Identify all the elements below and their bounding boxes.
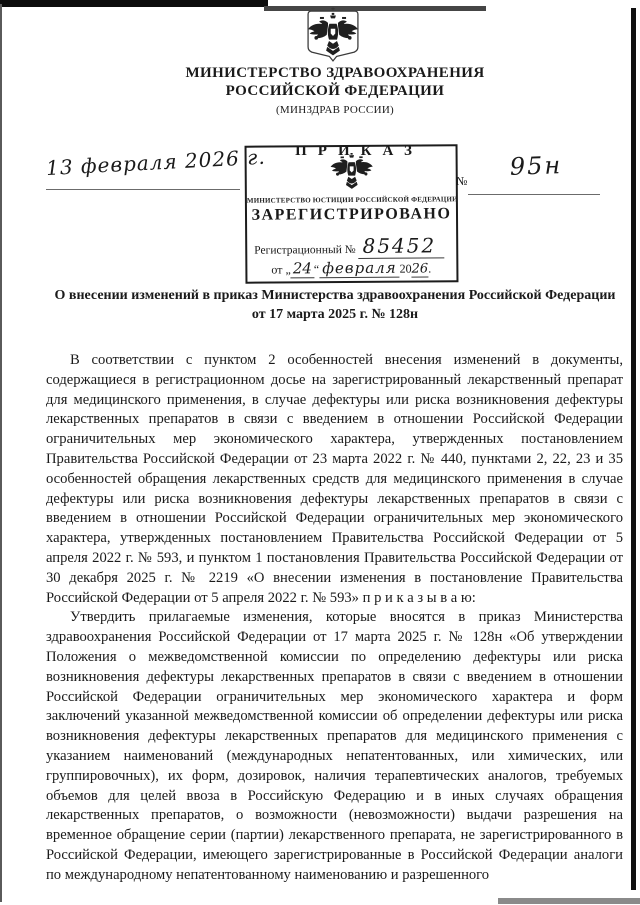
ministry-short-name: (МИНЗДРАВ РОССИИ) [47, 104, 623, 116]
scan-edge-right [631, 8, 636, 890]
number-underline [468, 194, 600, 195]
stamp-registration-date-row: от „24“февраля2026. [271, 258, 451, 277]
stamp-status: ЗАРЕГИСТРИРОВАНО [247, 205, 456, 224]
scan-edge-top [0, 0, 268, 7]
document-header: МИНИСТЕРСТВО ЗДРАВООХРАНЕНИЯ РОССИЙСКОЙ … [47, 64, 623, 116]
scan-edge-bottom [498, 898, 640, 904]
body-paragraph-1: В соответствии с пунктом 2 особенностей … [46, 351, 623, 608]
ministry-name-line2: РОССИЙСКОЙ ФЕДЕРАЦИИ [47, 82, 623, 100]
handwritten-stamp-day: 24 [291, 259, 314, 278]
scan-edge-left [0, 4, 2, 902]
stamp-reg-label: Регистрационный № [254, 244, 356, 257]
document-body: В соответствии с пунктом 2 особенностей … [46, 351, 623, 886]
document-type-heading: ПРИКАЗ [60, 143, 640, 160]
stamp-date-suffix: . [428, 261, 431, 275]
body-paragraph-2: Утвердить прилагаемые изменения, которые… [46, 608, 623, 885]
registration-stamp: МИНИСТЕРСТВО ЮСТИЦИИ РОССИЙСКОЙ ФЕДЕРАЦИ… [245, 144, 459, 283]
stamp-date-prefix: от „ [271, 262, 291, 276]
handwritten-registration-number: 85452 [358, 233, 444, 259]
document-title: О внесении изменений в приказ Министерст… [47, 286, 623, 324]
handwritten-stamp-year: 26 [412, 261, 429, 277]
handwritten-stamp-month: февраля [319, 259, 400, 279]
stamp-registration-number-row: Регистрационный № 85452 [254, 233, 450, 258]
scanned-order-page: МИНИСТЕРСТВО ЗДРАВООХРАНЕНИЯ РОССИЙСКОЙ … [0, 0, 640, 905]
coat-of-arms-icon [303, 7, 363, 65]
stamp-year-printed: 20 [400, 262, 412, 276]
scan-edge-top-light [264, 6, 486, 11]
stamp-authority: МИНИСТЕРСТВО ЮСТИЦИИ РОССИЙСКОЙ ФЕДЕРАЦИ… [247, 195, 456, 204]
ministry-name-line1: МИНИСТЕРСТВО ЗДРАВООХРАНЕНИЯ [47, 64, 623, 82]
date-underline [46, 189, 240, 190]
